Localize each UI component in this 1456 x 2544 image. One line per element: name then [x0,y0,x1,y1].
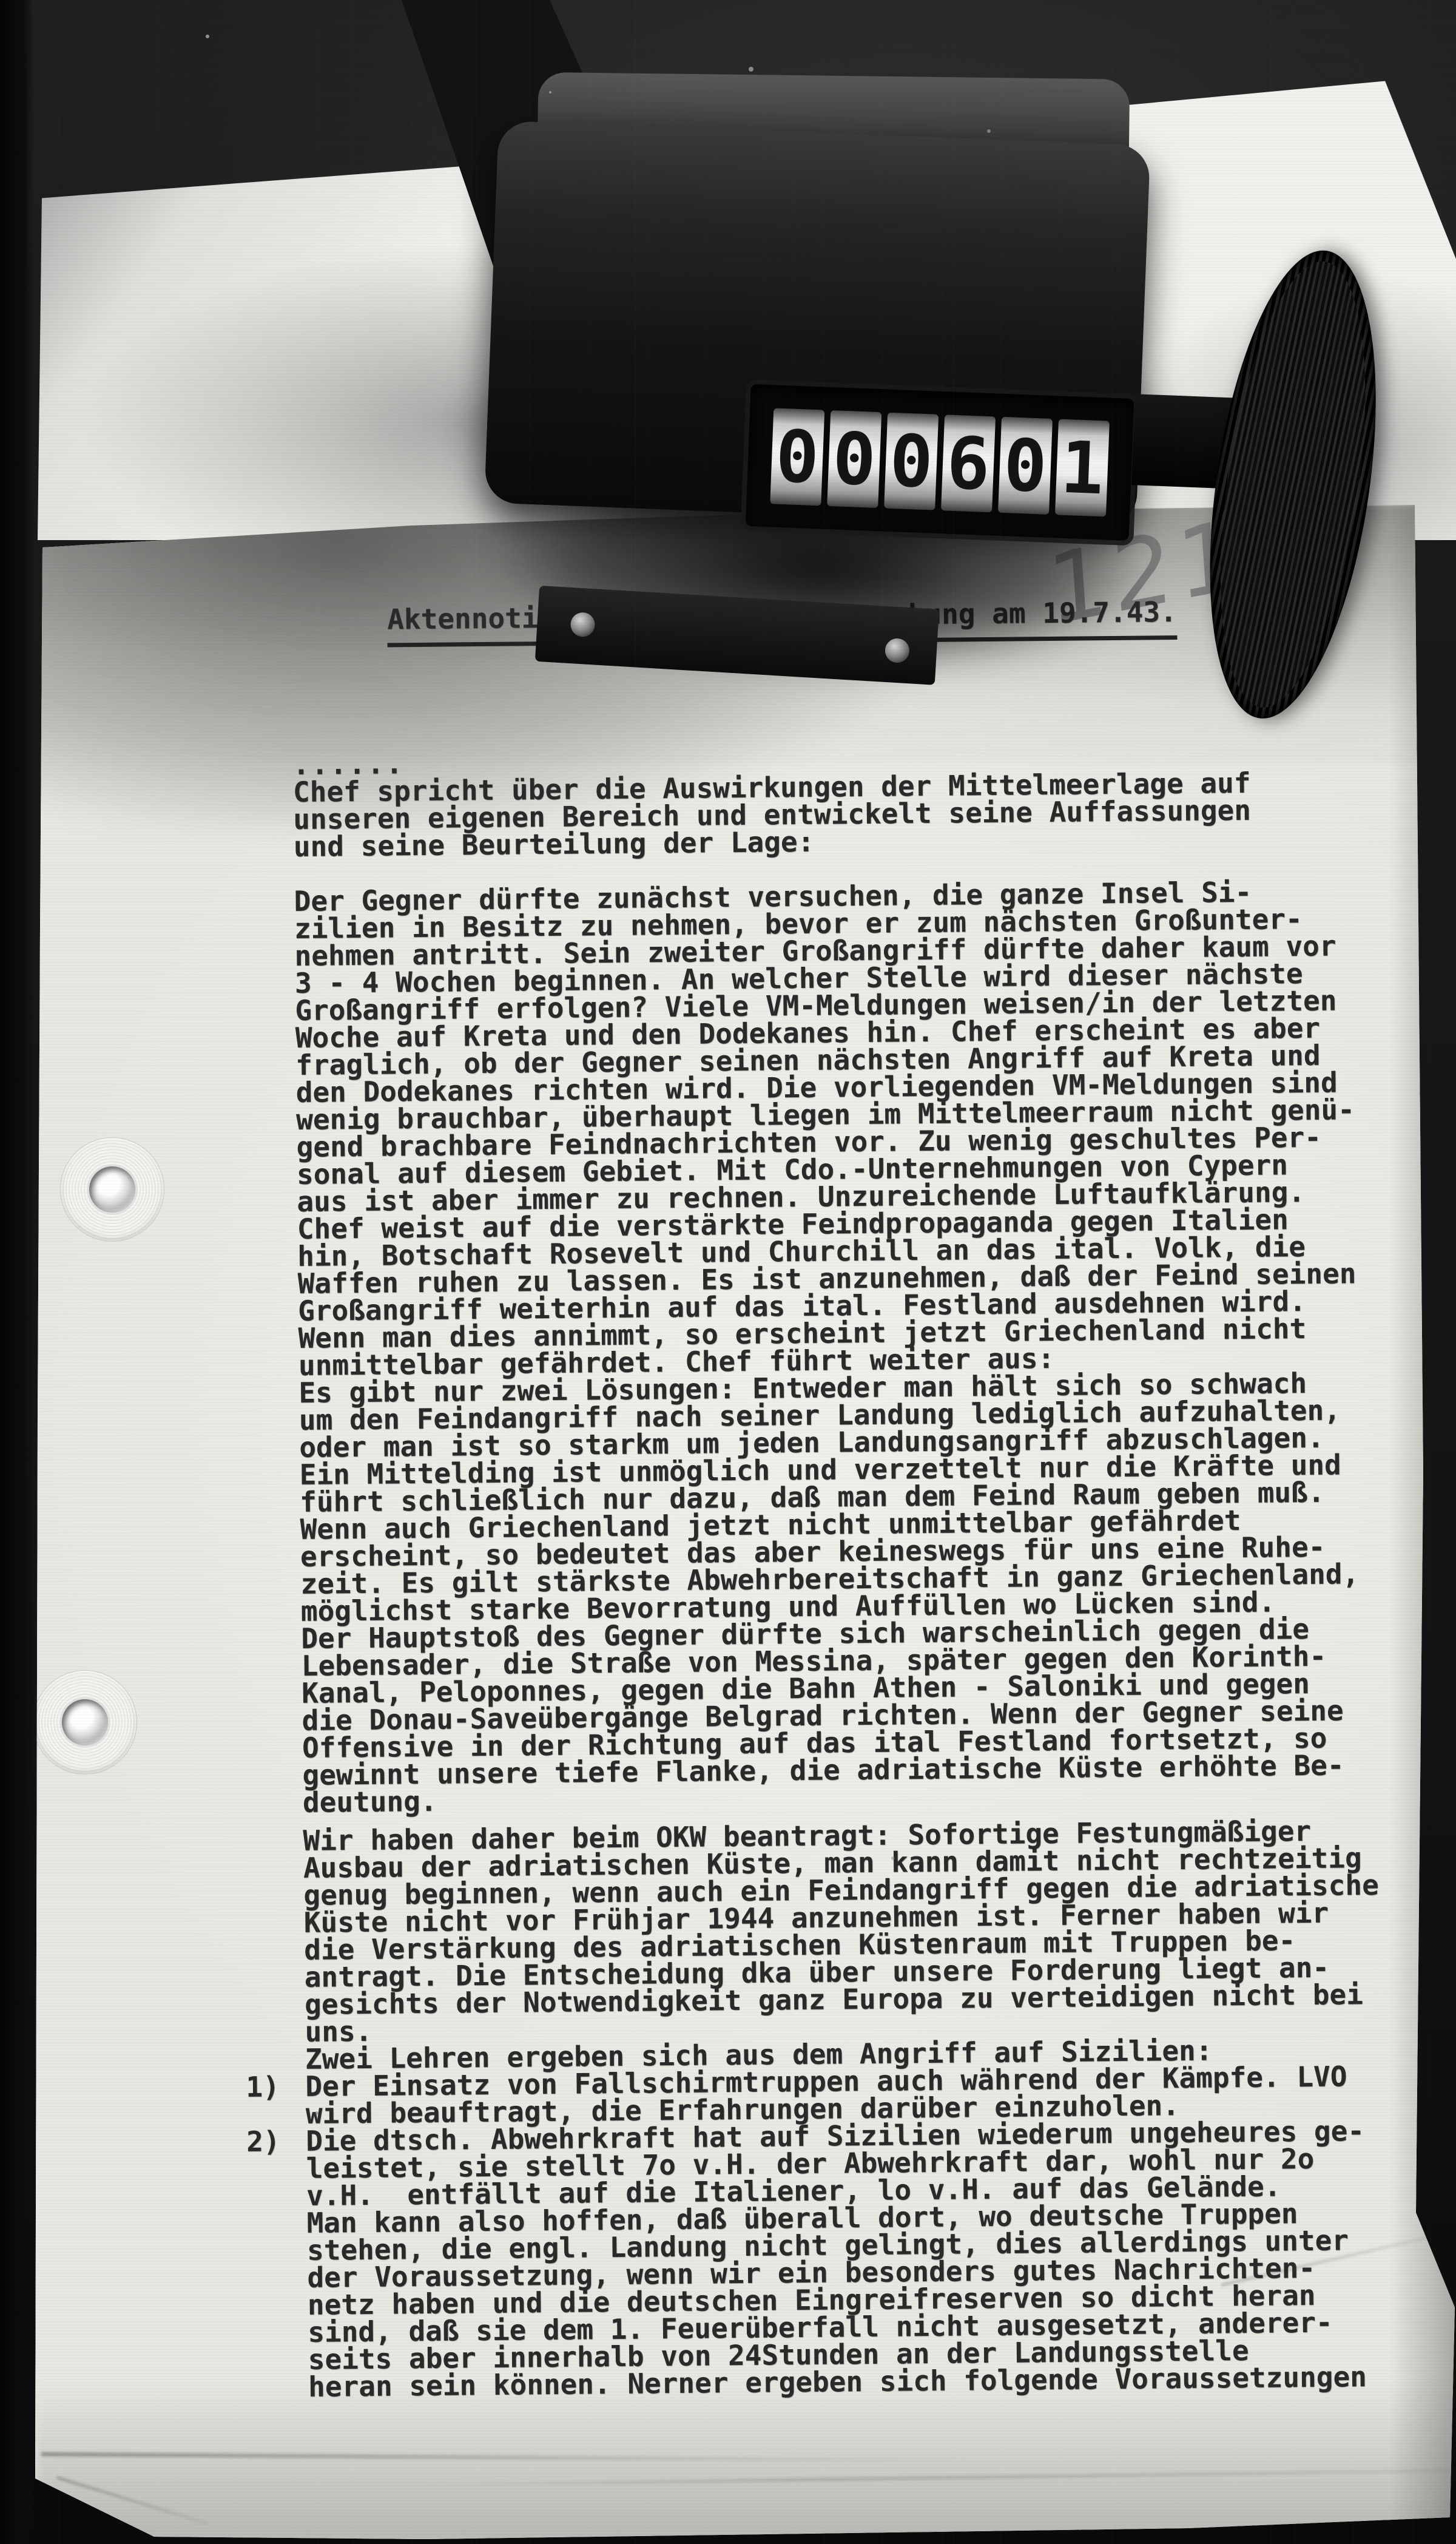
counter-digit: 0 [827,410,881,508]
list-item-2: 2) Die dtsch. Abwehrkraft hat auf Sizili… [306,2117,1400,2401]
typed-text: Aktennotiz über die Chefbesprechung am 1… [291,597,1400,2401]
counter-digit: 0 [998,417,1053,515]
list-number: 2) [246,2128,280,2156]
list-number: 1) [246,2073,280,2101]
counter-body: 0 0 0 6 0 1 [484,121,1150,528]
punch-hole-reinforcement [33,1671,136,1774]
list-text: Die dtsch. Abwehrkraft hat auf Sizilien … [306,2117,1400,2401]
page-shadow-bottom [35,2380,1456,2544]
tally-counter: 0 0 0 6 0 1 [358,0,1456,827]
counter-digit: 0 [884,413,939,510]
photo-scene: 0 0 0 6 0 1 121a Aktennotiz üb [0,0,1456,2544]
counter-digit: 1 [1055,419,1110,516]
paragraph-okw-request: Wir haben daher beim OKW beantragt: Sofo… [303,1817,1397,2046]
counter-digit: 6 [941,414,996,512]
rivet [570,612,595,637]
counter-digit: 0 [770,408,824,506]
rivet [885,638,910,663]
counter-digit-window: 0 0 0 6 0 1 [746,384,1134,541]
paragraph-assessment: Der Gegner dürfte zunächst versuchen, di… [294,878,1395,1816]
film-edge-shadow [0,0,34,2544]
punch-hole-reinforcement [61,1138,164,1241]
